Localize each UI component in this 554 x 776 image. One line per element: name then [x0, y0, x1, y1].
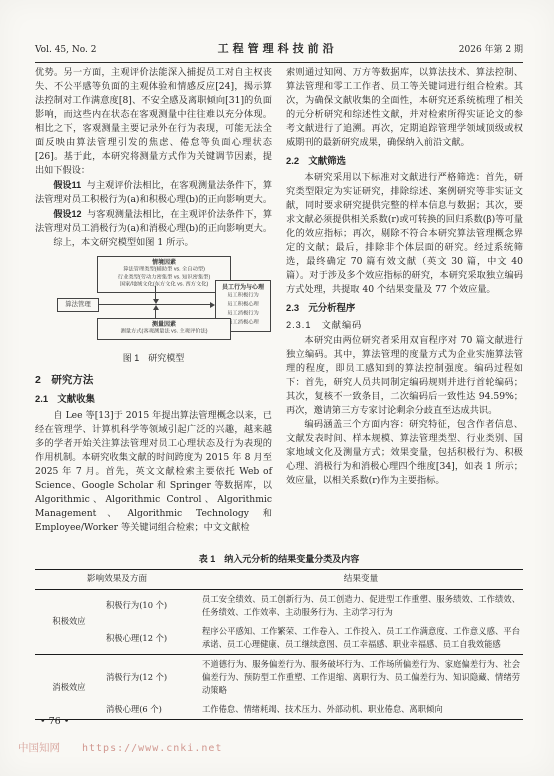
aspect-negative-behavior: 消极行为(12 个) [103, 654, 199, 699]
context-moderation-line [155, 286, 156, 300]
variables-positive-psychology: 程序公平感知、工作繁荣、工作卷入、工作投入、员工工作满意度、工作意义感、平台承诺… [199, 622, 523, 655]
effect-label-negative: 消极效应 [35, 654, 103, 719]
section-2-3-heading: 2.3 元分析程序 [286, 301, 523, 315]
measurement-factors-box: 测量因素 测量方式(客观测量法 vs. 主观评价法) [97, 318, 231, 340]
table-group-negative: 消极效应 消极行为(12 个) 不道德行为、服务偏差行为、服务破坏行为、工作场所… [35, 654, 523, 719]
two-column-body: 优势。另一方面，主观评价法能深入捕捉员工对自主权丧失、不公平感等负面的主观体验和… [35, 66, 523, 535]
paragraph-measurement-discussion: 优势。另一方面，主观评价法能深入捕捉员工对自主权丧失、不公平感等负面的主观体验和… [35, 66, 272, 178]
measurement-moderation-arrowhead [153, 305, 159, 310]
hypothesis-12-label: 假设12 [53, 209, 81, 219]
variables-positive-behavior: 员工安全绩效、员工创新行为、员工创造力、促进型工作重塑、服务绩效、工作绩效、任务… [199, 589, 523, 622]
hypothesis-12: 假设12与客观测量法相比，在主观评价法条件下，算法管理对员工消极行为(a)和消极… [35, 207, 272, 236]
measurement-method-line: 测量方式(客观测量法 vs. 主观评价法) [107, 329, 221, 336]
aspect-negative-psychology: 消极心理(6 个) [103, 700, 199, 720]
section-2-2-heading: 2.2 文献筛选 [286, 154, 523, 168]
table-header-outcome-variables: 结果变量 [199, 570, 523, 590]
table-1-title: 表 1 纳入元分析的结果变量分类及内容 [35, 552, 523, 565]
figure-1-research-model: 情境因素 算法管理类型(辅助型 vs. 全自动型) 行业类型(劳动力密集型 vs… [35, 256, 272, 365]
context-line-algorithm-type: 算法管理类型(辅助型 vs. 全自动型) [107, 267, 221, 274]
paragraph-coding-scope: 编码涵盖三个方面内容：研究特征，包含作者信息、文献发表时间、样本规模、算法管理类… [286, 418, 523, 488]
cnki-watermark-url: https://www.cnki.net [82, 743, 222, 754]
table-1: 影响效果及方面 结果变量 积极效应 积极行为(10 个) 员工安全绩效、员工创新… [35, 569, 523, 720]
paragraph-chinese-retrieval: 索则通过知网、万方等数据库，以算法技术、算法控制、算法管理和零工工作者、员工等关… [286, 66, 523, 150]
measurement-title: 测量因素 [99, 321, 229, 329]
table-1-header: 影响效果及方面 结果变量 [35, 570, 523, 590]
section-2-1-heading: 2.1 文献收集 [35, 392, 272, 406]
outcome-negative-behavior: 员工消极行为 [219, 310, 267, 318]
outcomes-title: 员工行为与心理 [216, 284, 270, 292]
table-row: 消极心理(6 个) 工作倦怠、情绪耗竭、技术压力、外部动机、职业倦怠、离职倾向 [35, 700, 523, 720]
aspect-positive-behavior: 积极行为(10 个) [103, 589, 199, 622]
context-moderation-arrowhead [153, 299, 159, 304]
effect-label-positive: 积极效应 [35, 589, 103, 654]
outcome-positive-behavior: 员工积极行为 [219, 292, 267, 300]
context-factors-title: 情境因素 [99, 259, 229, 267]
page-header: Vol. 45, No. 2 工程管理科技前沿 2026 年第 2 期 [35, 40, 523, 63]
table-1-zone: 表 1 纳入元分析的结果变量分类及内容 影响效果及方面 结果变量 积极效应 积极… [35, 552, 523, 720]
paragraph-coding-procedure: 本研究由两位研究者采用双盲程序对 70 篇文献进行独立编码。其中，算法管理的度量… [286, 334, 523, 418]
journal-page: Vol. 45, No. 2 工程管理科技前沿 2026 年第 2 期 优势。另… [0, 0, 554, 776]
research-model-diagram: 情境因素 算法管理类型(辅助型 vs. 全自动型) 行业类型(劳动力密集型 vs… [35, 256, 272, 346]
cnki-watermark-name: 中国知网 [18, 740, 60, 755]
table-header-effect-aspect: 影响效果及方面 [35, 570, 199, 590]
table-row: 积极心理(12 个) 程序公平感知、工作繁荣、工作卷入、工作投入、员工工作满意度… [35, 622, 523, 655]
page-number: • 76 • [40, 716, 69, 727]
cnki-watermark: 中国知网 https://www.cnki.net [18, 740, 222, 755]
section-2-heading: 2 研究方法 [35, 373, 272, 387]
outcome-positive-psychology: 员工积极心理 [219, 301, 267, 309]
context-factors-box: 情境因素 算法管理类型(辅助型 vs. 全自动型) 行业类型(劳动力密集型 vs… [97, 256, 231, 293]
context-line-industry-type: 行业类型(劳动力密集型 vs. 知识密集型) [107, 275, 221, 282]
hypothesis-11-label: 假设11 [53, 180, 81, 190]
context-line-culture: 国家/地域文化(东方文化 vs. 西方文化) [107, 282, 221, 289]
figure-1-caption: 图 1 研究模型 [35, 351, 272, 365]
aspect-positive-psychology: 积极心理(12 个) [103, 622, 199, 655]
main-effect-arrowhead [210, 302, 215, 308]
measurement-moderation-line [155, 309, 156, 318]
left-column: 优势。另一方面，主观评价法能深入捕捉员工对自主权丧失、不公平感等负面的主观体验和… [35, 66, 272, 535]
table-row: 积极效应 积极行为(10 个) 员工安全绩效、员工创新行为、员工创造力、促进型工… [35, 589, 523, 622]
right-column: 索则通过知网、万方等数据库，以算法技术、算法控制、算法管理和零工工作者、员工等关… [286, 66, 523, 535]
section-2-3-1-heading: 2.3.1 文献编码 [286, 318, 523, 332]
hypothesis-11: 假设11与主观评价法相比，在客观测量法条件下，算法管理对员工积极行为(a)和积极… [35, 178, 272, 207]
table-row: 消极效应 消极行为(12 个) 不道德行为、服务偏差行为、服务破坏行为、工作场所… [35, 654, 523, 699]
variables-negative-behavior: 不道德行为、服务偏差行为、服务破坏行为、工作场所偏差行为、家庭偏差行为、社会偏差… [199, 654, 523, 699]
table-group-positive: 积极效应 积极行为(10 个) 员工安全绩效、员工创新行为、员工创造力、促进型工… [35, 589, 523, 654]
journal-title: 工程管理科技前沿 [218, 40, 338, 56]
model-intro-sentence: 综上，本文研究模型如图 1 所示。 [35, 236, 272, 250]
paragraph-literature-collection: 自 Lee 等[13]于 2015 年提出算法管理概念以来，已经在管理学、计算机… [35, 409, 272, 535]
volume-number: Vol. 45, No. 2 [35, 45, 96, 55]
paragraph-screening-criteria: 本研究采用以下标准对文献进行严格筛选：首先，研究类型限定为实证研究，排除综述、案… [286, 171, 523, 297]
variables-negative-psychology: 工作倦怠、情绪耗竭、技术压力、外部动机、职业倦怠、离职倾向 [199, 700, 523, 720]
issue-number: 2026 年第 2 期 [459, 42, 523, 55]
algorithm-management-box: 算法管理 [57, 298, 99, 312]
